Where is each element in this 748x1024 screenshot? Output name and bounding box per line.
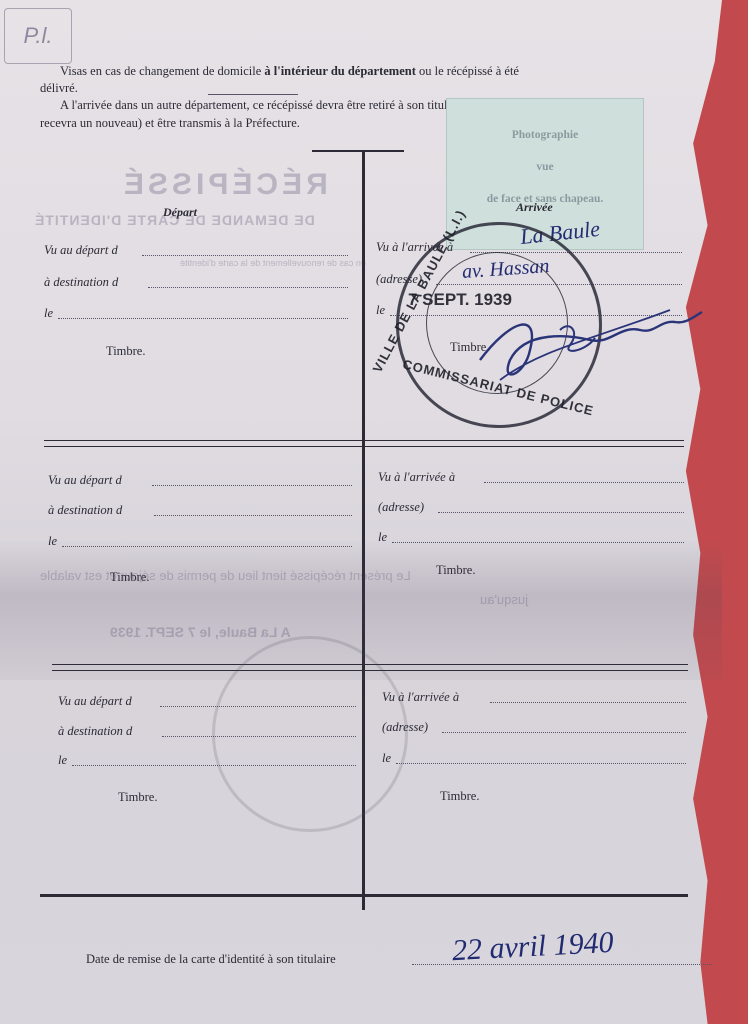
intro-line-2: délivré.	[40, 81, 78, 96]
s3-vu-au-depart-label: Vu au départ d	[58, 694, 132, 709]
bleed-small: en cas de renouvellement de la carte d'i…	[180, 258, 366, 268]
s2-vu-a-larrivee-label: Vu à l'arrivée à	[378, 470, 455, 485]
s1-vu-au-depart-label: Vu au départ d	[44, 243, 118, 258]
s3-adresse-label: (adresse)	[382, 720, 428, 735]
photo-label-2: vue	[447, 161, 643, 173]
intro-line-3: A l'arrivée dans un autre département, c…	[60, 98, 504, 113]
bleed-line-c: A La Baule, le 7 SEPT. 1939	[110, 624, 291, 640]
footer-label: Date de remise de la carte d'identité à …	[86, 952, 336, 967]
s1-destination-label: à destination d	[44, 275, 118, 290]
top-short-rule	[312, 150, 404, 152]
s3-destination-field[interactable]	[162, 736, 356, 737]
s2-le-label: le	[48, 534, 57, 549]
corner-mark: P.l.	[4, 8, 72, 64]
s1-arrivee-le-label: le	[376, 303, 385, 318]
s1-depart-timbre: Timbre.	[106, 344, 145, 359]
delivered-line	[208, 94, 298, 95]
bleed-title: RÉCÉPISSÉ	[120, 168, 328, 202]
s3-adresse-field[interactable]	[442, 732, 686, 733]
s3-le-label: le	[58, 753, 67, 768]
s3-arrivee-le-label: le	[382, 751, 391, 766]
commissioner-signature	[470, 290, 710, 400]
s3-depart-timbre: Timbre.	[118, 790, 157, 805]
faded-stamp	[212, 636, 408, 832]
s2-arrivee-le-label: le	[378, 530, 387, 545]
s2-vu-au-depart-field[interactable]	[152, 485, 352, 486]
s3-le-field[interactable]	[72, 765, 356, 766]
photo-label-1: Photographie	[447, 129, 643, 141]
s2-le-field[interactable]	[62, 546, 352, 547]
s2-depart-timbre: Timbre.	[110, 570, 149, 585]
s2-vu-a-larrivee-field[interactable]	[484, 482, 684, 483]
header-arrivee: Arrivée	[516, 200, 553, 214]
s2-adresse-label: (adresse)	[378, 500, 424, 515]
s2-destination-label: à destination d	[48, 503, 122, 518]
bottom-rule	[40, 894, 688, 897]
s2-vu-au-depart-label: Vu au départ d	[48, 473, 122, 488]
section-rule-1b	[44, 446, 684, 447]
s1-le-label: le	[44, 306, 53, 321]
bleed-line-a: Le présent récépissé tient lieu de permi…	[40, 568, 411, 583]
s2-destination-field[interactable]	[154, 515, 352, 516]
section-rule-1a	[44, 440, 684, 441]
s3-vu-au-depart-field[interactable]	[160, 706, 356, 707]
s3-destination-label: à destination d	[58, 724, 132, 739]
s3-vu-a-larrivee-field[interactable]	[490, 702, 686, 703]
bleed-line-b: jusqu'au	[480, 592, 528, 607]
s1-le-field[interactable]	[58, 318, 348, 319]
s3-arrivee-le-field[interactable]	[396, 763, 686, 764]
s2-arrivee-timbre: Timbre.	[436, 563, 475, 578]
s1-vu-au-depart-field[interactable]	[142, 255, 348, 256]
intro-line-1: Visas en cas de changement de domicile à…	[60, 64, 519, 79]
s3-vu-a-larrivee-label: Vu à l'arrivée à	[382, 690, 459, 705]
intro-line-4: recevra un nouveau) et être transmis à l…	[40, 116, 300, 131]
s3-arrivee-timbre: Timbre.	[440, 789, 479, 804]
s1-destination-field[interactable]	[148, 287, 348, 288]
header-depart: Départ	[163, 205, 197, 219]
s2-adresse-field[interactable]	[438, 512, 684, 513]
s2-arrivee-le-field[interactable]	[392, 542, 684, 543]
